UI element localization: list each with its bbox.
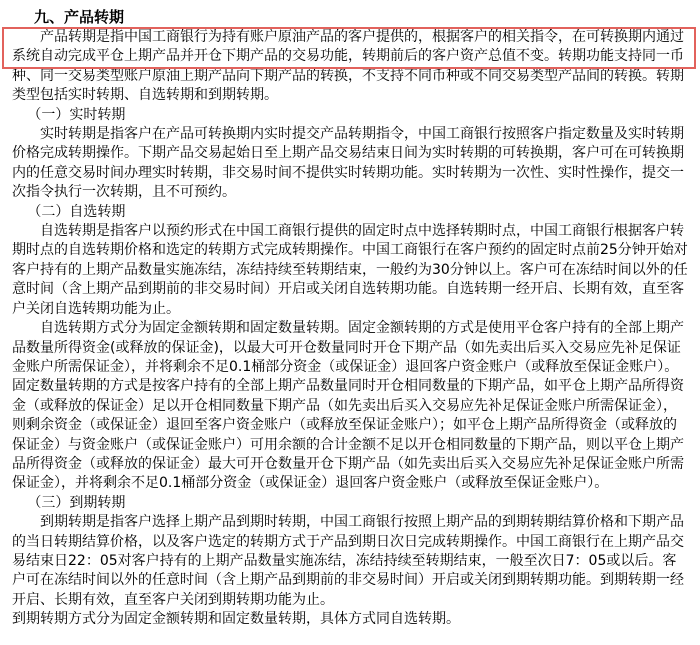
document-page: { "page": { "background": "#ffffff", "te… (0, 0, 700, 645)
section-heading: （二）自选转期 (12, 203, 690, 222)
document-body: 九、产品转期 产品转期是指中国工商银行为持有账户原油产品的客户提供的，根据客户的… (0, 0, 700, 630)
paragraph: 自选转期是指客户以预约形式在中国工商银行提供的固定时点中选择转期时点，中国工商银… (12, 222, 690, 319)
paragraph: 自选转期方式分为固定金额转期和固定数量转期。固定金额转期的方式是使用平仓客户持有… (12, 319, 690, 494)
paragraph: 到期转期是指客户选择上期产品到期时转期，中国工商银行按照上期产品的到期转期结算价… (12, 513, 690, 610)
section-heading: （三）到期转期 (12, 494, 690, 513)
paragraph: 到期转期方式分为固定金额转期和固定数量转期，具体方式同自选转期。 (12, 610, 690, 629)
page-title: 九、产品转期 (12, 6, 690, 28)
paragraph: 实时转期是指客户在产品可转换期内实时提交产品转期指令，中国工商银行按照客户指定数… (12, 125, 690, 203)
section-heading: （一）实时转期 (12, 106, 690, 125)
paragraph: 产品转期是指中国工商银行为持有账户原油产品的客户提供的，根据客户的相关指令，在可… (12, 28, 690, 106)
